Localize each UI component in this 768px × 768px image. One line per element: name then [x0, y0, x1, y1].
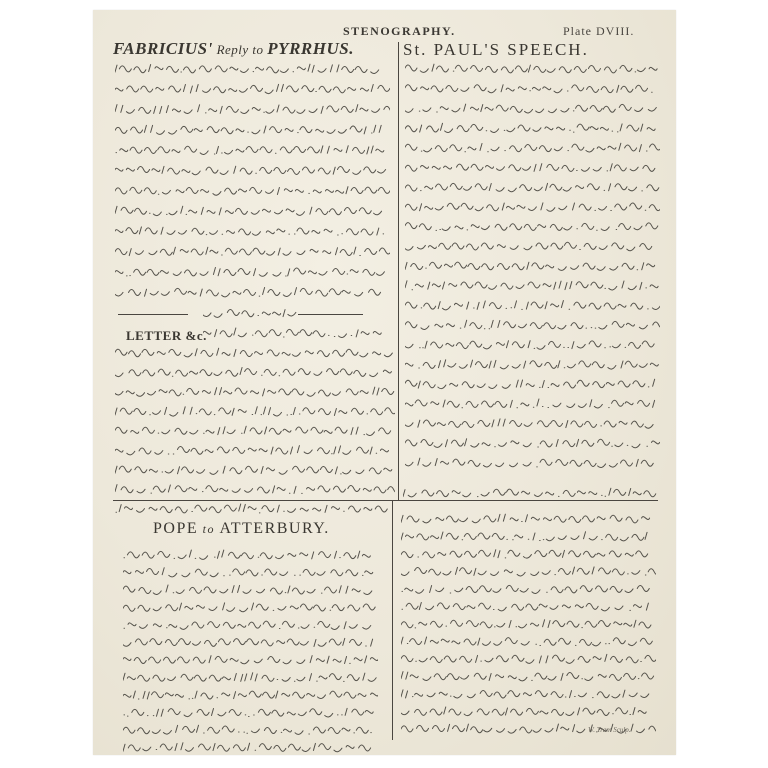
title-part: Reply to: [213, 42, 267, 57]
shorthand-letter-first-line: [203, 326, 388, 346]
shorthand-text-lower-right: [401, 512, 656, 740]
shorthand-text-letter: [115, 346, 395, 522]
rule-left-a: [118, 314, 188, 315]
title-part: POPE: [153, 520, 198, 537]
title-part: to: [198, 522, 219, 536]
title-part: FABRICIUS': [113, 39, 213, 58]
column-divider-upper: [398, 42, 399, 500]
shorthand-closing-fabricius: [203, 306, 298, 326]
rule-left-b: [298, 314, 363, 315]
shorthand-text-st-paul: [405, 62, 660, 476]
section-title-st-paul: St. PAUL'S SPEECH.: [403, 40, 589, 60]
column-divider-lower: [392, 500, 393, 740]
plate-number: Plate DVIII.: [563, 24, 634, 39]
section-title-pope: POPE to ATTERBURY.: [153, 520, 330, 538]
section-title-letter: LETTER &c.: [126, 328, 207, 344]
engraver-signature: W. Tram Sculp.: [588, 726, 631, 734]
title-part: PYRRHUS.: [267, 39, 354, 58]
title-part: ATTERBURY.: [219, 520, 329, 537]
section-title-fabricius: FABRICIUS' Reply to PYRRHUS.: [113, 39, 354, 59]
plate-header-title: STENOGRAPHY.: [343, 24, 456, 39]
shorthand-text-pope: [123, 548, 378, 758]
shorthand-text-fabricius: [115, 62, 390, 306]
shorthand-closing-st-paul: [403, 486, 658, 500]
engraved-plate-page: STENOGRAPHY. Plate DVIII. FABRICIUS' Rep…: [93, 10, 676, 755]
